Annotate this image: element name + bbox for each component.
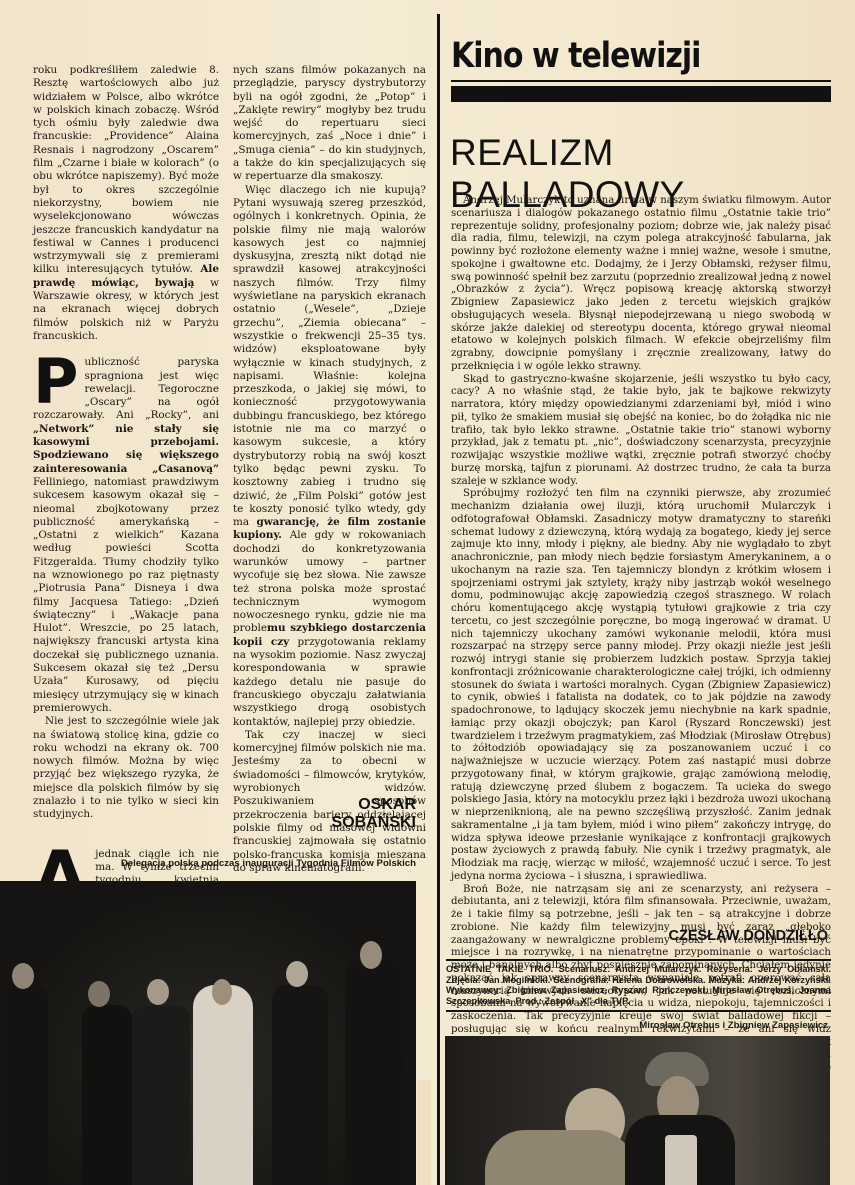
byline-first-name: OSKAR (330, 796, 416, 814)
paragraph: Skąd to gastryczno-kwaśne skojarzenie, j… (451, 374, 831, 489)
paragraph: roku podkreśliłem zaledwie 8. Resztę war… (33, 64, 219, 343)
dropcap-p: P (33, 358, 78, 406)
photo-caption-actors: Mirosław Otrębus i Zbigniew Zapasiewicz (560, 1020, 828, 1031)
column-divider (437, 14, 440, 1185)
left-article-column-2: nych szans filmów pokazanych na przegląd… (233, 64, 426, 875)
byline-czeslaw-dondzillo: CZESŁAW DONDZIŁŁO (560, 928, 828, 944)
film-still-photo (445, 1036, 830, 1185)
magazine-page: roku podkreśliłem zaledwie 8. Resztę war… (0, 0, 855, 1185)
right-article-body: Andrzej Mularczyk to uznana firma w nasz… (451, 195, 831, 1088)
paragraph: Nie jest to szczególnie wiele jak na świ… (33, 715, 219, 821)
film-credits-box: OSTATNIE TAKIE TRIO. Scenariusz: Andrzej… (446, 959, 831, 1012)
paragraph: Więc dlaczego ich nie kupują? Pytani wys… (233, 184, 426, 729)
paragraph: Andrzej Mularczyk to uznana firma w nasz… (451, 195, 831, 374)
left-article-column-1: roku podkreśliłem zaledwie 8. Resztę war… (33, 64, 219, 1020)
section-title: Kino w telewizji (451, 36, 700, 76)
gutter-strip (417, 1080, 431, 1185)
byline-oskar-sobanski: OSKAR SOBAŃSKI (330, 796, 416, 832)
photo-caption-delegation: Delegacja polska podczas inauguracji Tyg… (40, 858, 416, 869)
paragraph-with-dropcap: Publiczność paryska spragniona jest więc… (33, 356, 219, 715)
paragraph: Spróbujmy rozłożyć ten film na czynniki … (451, 488, 831, 883)
title-rule-thick (451, 86, 831, 102)
byline-last-name: SOBAŃSKI (330, 814, 416, 832)
delegation-photo (0, 881, 416, 1185)
title-rule-thin (451, 80, 831, 82)
paragraph: nych szans filmów pokazanych na przegląd… (233, 64, 426, 184)
